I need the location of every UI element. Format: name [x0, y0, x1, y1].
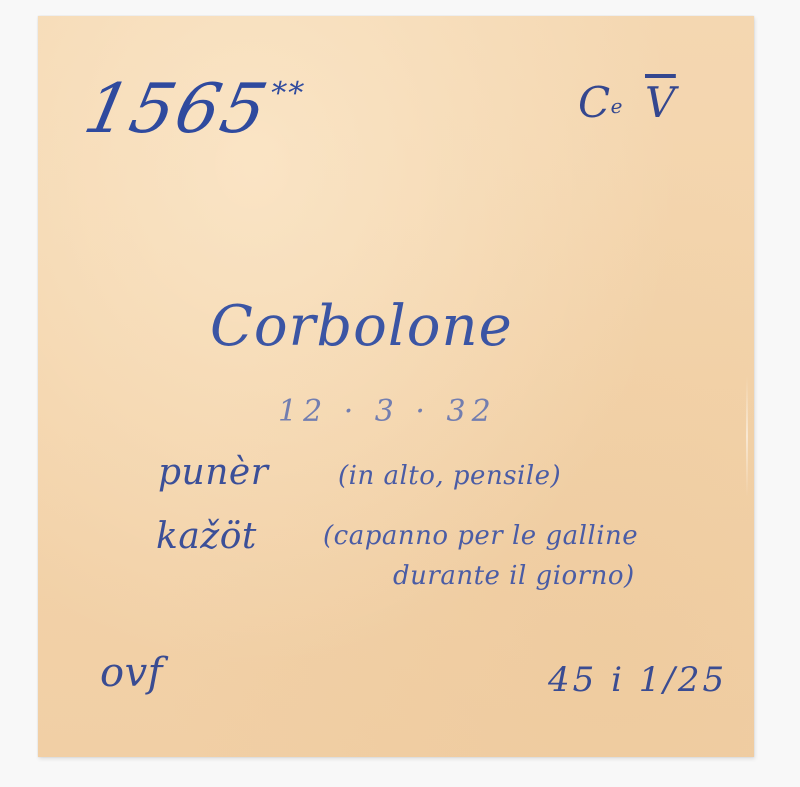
- catalog-number-value: 1565: [78, 70, 276, 149]
- entry-gloss-kazot-line-2: durante il giorno): [393, 561, 635, 591]
- entry-gloss-puner: (in alto, pensile): [338, 461, 561, 491]
- entry-term-kazot: kažöt: [156, 516, 257, 557]
- classification-superscript: e: [611, 94, 623, 118]
- entry-term-puner: punèr: [158, 452, 268, 493]
- date: 12 · 3 · 32: [278, 394, 497, 429]
- classification-code: CeV: [578, 78, 676, 127]
- reference-code: 45 i 1/25: [548, 660, 727, 700]
- author-initials: ovf: [100, 650, 163, 696]
- photo-background: 1565** CeV Corbolone 12 · 3 · 32 punèr (…: [0, 0, 800, 787]
- entry-gloss-kazot-line-1: (capanno per le galline: [323, 521, 638, 551]
- star-marks-icon: **: [267, 76, 308, 111]
- index-card: 1565** CeV Corbolone 12 · 3 · 32 punèr (…: [38, 16, 754, 757]
- place-name: Corbolone: [210, 294, 513, 359]
- classification-roman-numeral: V: [645, 78, 676, 127]
- classification-letter: C: [578, 78, 611, 127]
- catalog-number: 1565**: [78, 70, 310, 149]
